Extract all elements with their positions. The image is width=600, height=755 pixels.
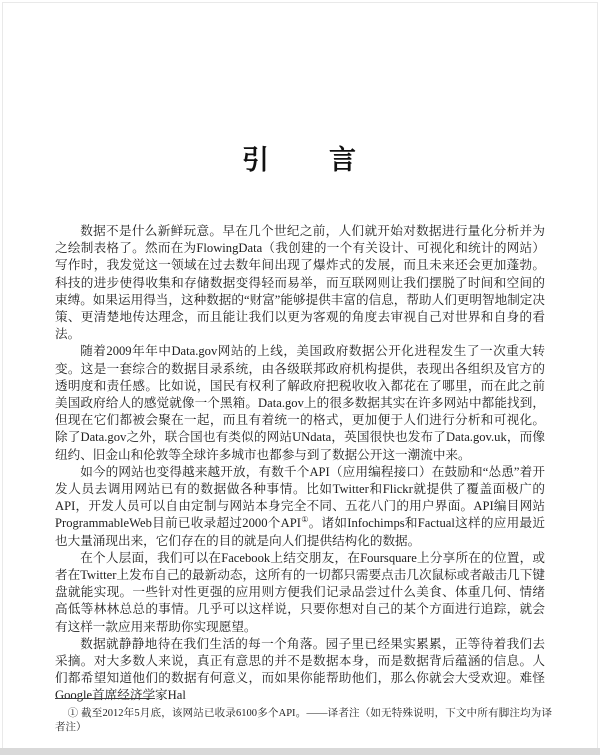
footnote-reference-mark: ① [301, 515, 309, 524]
paragraph-3: 如今的网站也变得越来越开放，有数千个API（应用编程接口）在鼓励和“怂恿”着开发… [55, 464, 545, 550]
paragraph-5: 数据就静静地待在我们生活的每一个角落。园子里已经果实累累，正等待着我们去采摘。对… [55, 636, 545, 705]
paragraph-2: 随着2009年年中Data.gov网站的上线，美国政府数据公开化进程发生了一次重… [55, 343, 545, 463]
paragraph-4: 在个人层面，我们可以在Facebook上结交朋友，在Foursquare上分享所… [55, 550, 545, 636]
footnote-separator-rule [55, 698, 155, 699]
chapter-title: 引 言 [0, 0, 600, 177]
footnote-text: ① 截至2012年5月底，该网站已收录6100多个API。——译者注（如无特殊说… [55, 707, 552, 735]
book-page: 引 言 数据不是什么新鲜玩意。早在几个世纪之前，人们就开始对数据进行量化分析并为… [0, 0, 600, 755]
paragraph-1: 数据不是什么新鲜玩意。早在几个世纪之前，人们就开始对数据进行量化分析并为之绘制表… [55, 223, 545, 343]
footnote-area: ① 截至2012年5月底，该网站已收录6100多个API。——译者注（如无特殊说… [55, 698, 552, 735]
body-text: 数据不是什么新鲜玩意。早在几个世纪之前，人们就开始对数据进行量化分析并为之绘制表… [55, 223, 545, 705]
scan-edge-shadow [0, 748, 600, 755]
